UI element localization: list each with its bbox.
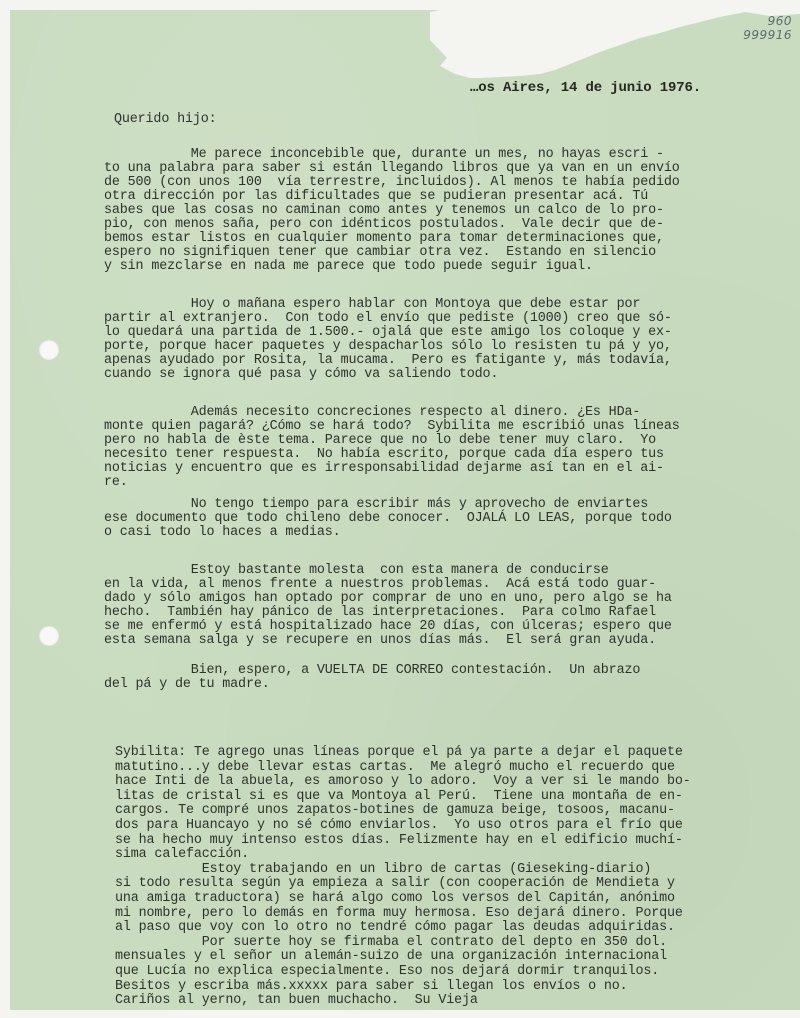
postscript-line: Sybilita: Te agrego unas líneas porque e… [115, 745, 683, 760]
letter-line: y sin mezclarse en nada me parece que to… [104, 259, 593, 274]
letter-line: Me parece inconcebible que, durante un m… [104, 147, 664, 162]
letter-line: Hoy o mañana espero hablar con Montoya q… [104, 297, 640, 312]
punch-hole-top [39, 340, 59, 360]
postscript-line: matutino...y debe llevar estas cartas. M… [115, 760, 675, 775]
postscript-line: al paso que voy con lo otro no tendré có… [115, 920, 675, 935]
letter-line: apenas ayudado por Rosita, la mucama. Pe… [104, 353, 672, 368]
letter-line: noticias y encuentro que es irresponsabi… [104, 461, 664, 476]
letter-line: Bien, espero, a VUELTA DE CORREO contest… [104, 663, 640, 678]
letter-line: pero no habla de èste tema. Parece que n… [104, 433, 656, 448]
letter-line: Estoy bastante molesta con esta manera d… [104, 563, 609, 578]
postscript-line: Estoy trabajando en un libro de cartas (… [115, 862, 651, 877]
postscript-line: que Lucía no explica especialmente. Eso … [115, 964, 659, 979]
letter-line: cuando se ignora qué pasa y cómo va sali… [104, 367, 498, 382]
letter-line: se me enfermó y está hospitalizado hace … [104, 619, 672, 634]
dateline: …os Aires, 14 de junio 1976. [470, 80, 701, 96]
letter-line: espero no signifiquen tener que cambiar … [104, 245, 656, 260]
postscript-line: Besitos y escriba más.xxxxx para saber s… [115, 979, 628, 994]
letter-line: otra dirección por las dificultades que … [104, 189, 648, 204]
letter-line: o casi todo lo haces a medias. [104, 525, 341, 540]
archive-number-2: 999916 [743, 28, 792, 42]
postscript-line: mi nombre, pero lo demás en forma muy he… [115, 906, 683, 921]
postscript-line: litas de cristal si es que va Montoya al… [115, 789, 683, 804]
letter-line: ese documento que todo chileno debe cono… [104, 511, 672, 526]
letter-line: de 500 (con unos 100 vía terrestre, incl… [104, 175, 680, 190]
letter-line: No tengo tiempo para escribir más y apro… [104, 497, 648, 512]
archive-number-1: 960 [743, 14, 792, 28]
postscript-line: se ha hecho muy intenso estos días. Feli… [115, 833, 683, 848]
letter-line: hecho. También hay pánico de las interpr… [104, 605, 656, 620]
punch-hole-bottom [39, 626, 59, 646]
letter-line: re. [104, 475, 128, 490]
postscript-line: si todo resulta según ya empieza a salir… [115, 876, 675, 891]
letter-line: bemos estar listos en cualquier momento … [104, 231, 664, 246]
letter-line: monte quien pagará? ¿Cómo se hará todo? … [104, 419, 680, 434]
postscript-line: hace Inti de la abuela, es amoroso y lo … [115, 774, 691, 789]
letter-line: del pá y de tu madre. [104, 677, 270, 692]
postscript-line: cargos. Te compré unos zapatos-botines d… [115, 803, 675, 818]
letter-line: necesito tener respuesta. No había escri… [104, 447, 664, 462]
postscript-line: Por suerte hoy se firmaba el contrato de… [115, 935, 667, 950]
archive-marks: 960 999916 [743, 14, 792, 42]
letter-line: sabes que las cosas no caminan como ante… [104, 203, 664, 218]
letter-line: esta semana salga y se recupere en unos … [104, 633, 656, 648]
letter-line: porte, porque hacer paquetes y despachar… [104, 339, 672, 354]
letter-line: Además necesito concreciones respecto al… [104, 405, 640, 420]
letter-line: partir al extranjero. Con todo el envío … [104, 311, 672, 326]
postscript-line: mensuales y el señor un alemán-suizo de … [115, 949, 667, 964]
postscript-line: dos para Huancayo y no sé cómo enviarlos… [115, 818, 683, 833]
letter-line: dado y sólo amigos han optado por compra… [104, 591, 672, 606]
letter-line: lo quedará una partida de 1.500.- ojalá … [104, 325, 672, 340]
postscript-line: sima calefacción. [115, 847, 249, 862]
letter-line: pio, con menos saña, pero con idénticos … [104, 217, 664, 232]
letter-line: en la vida, al menos frente a nuestros p… [104, 577, 656, 592]
letter-line: to una palabra para saber si están llega… [104, 161, 680, 176]
postscript-line: Cariños al yerno, tan buen muchacho. Su … [115, 993, 478, 1008]
postscript-line: una amiga traductora) se hará algo como … [115, 891, 675, 906]
salutation: Querido hijo: [114, 112, 217, 127]
